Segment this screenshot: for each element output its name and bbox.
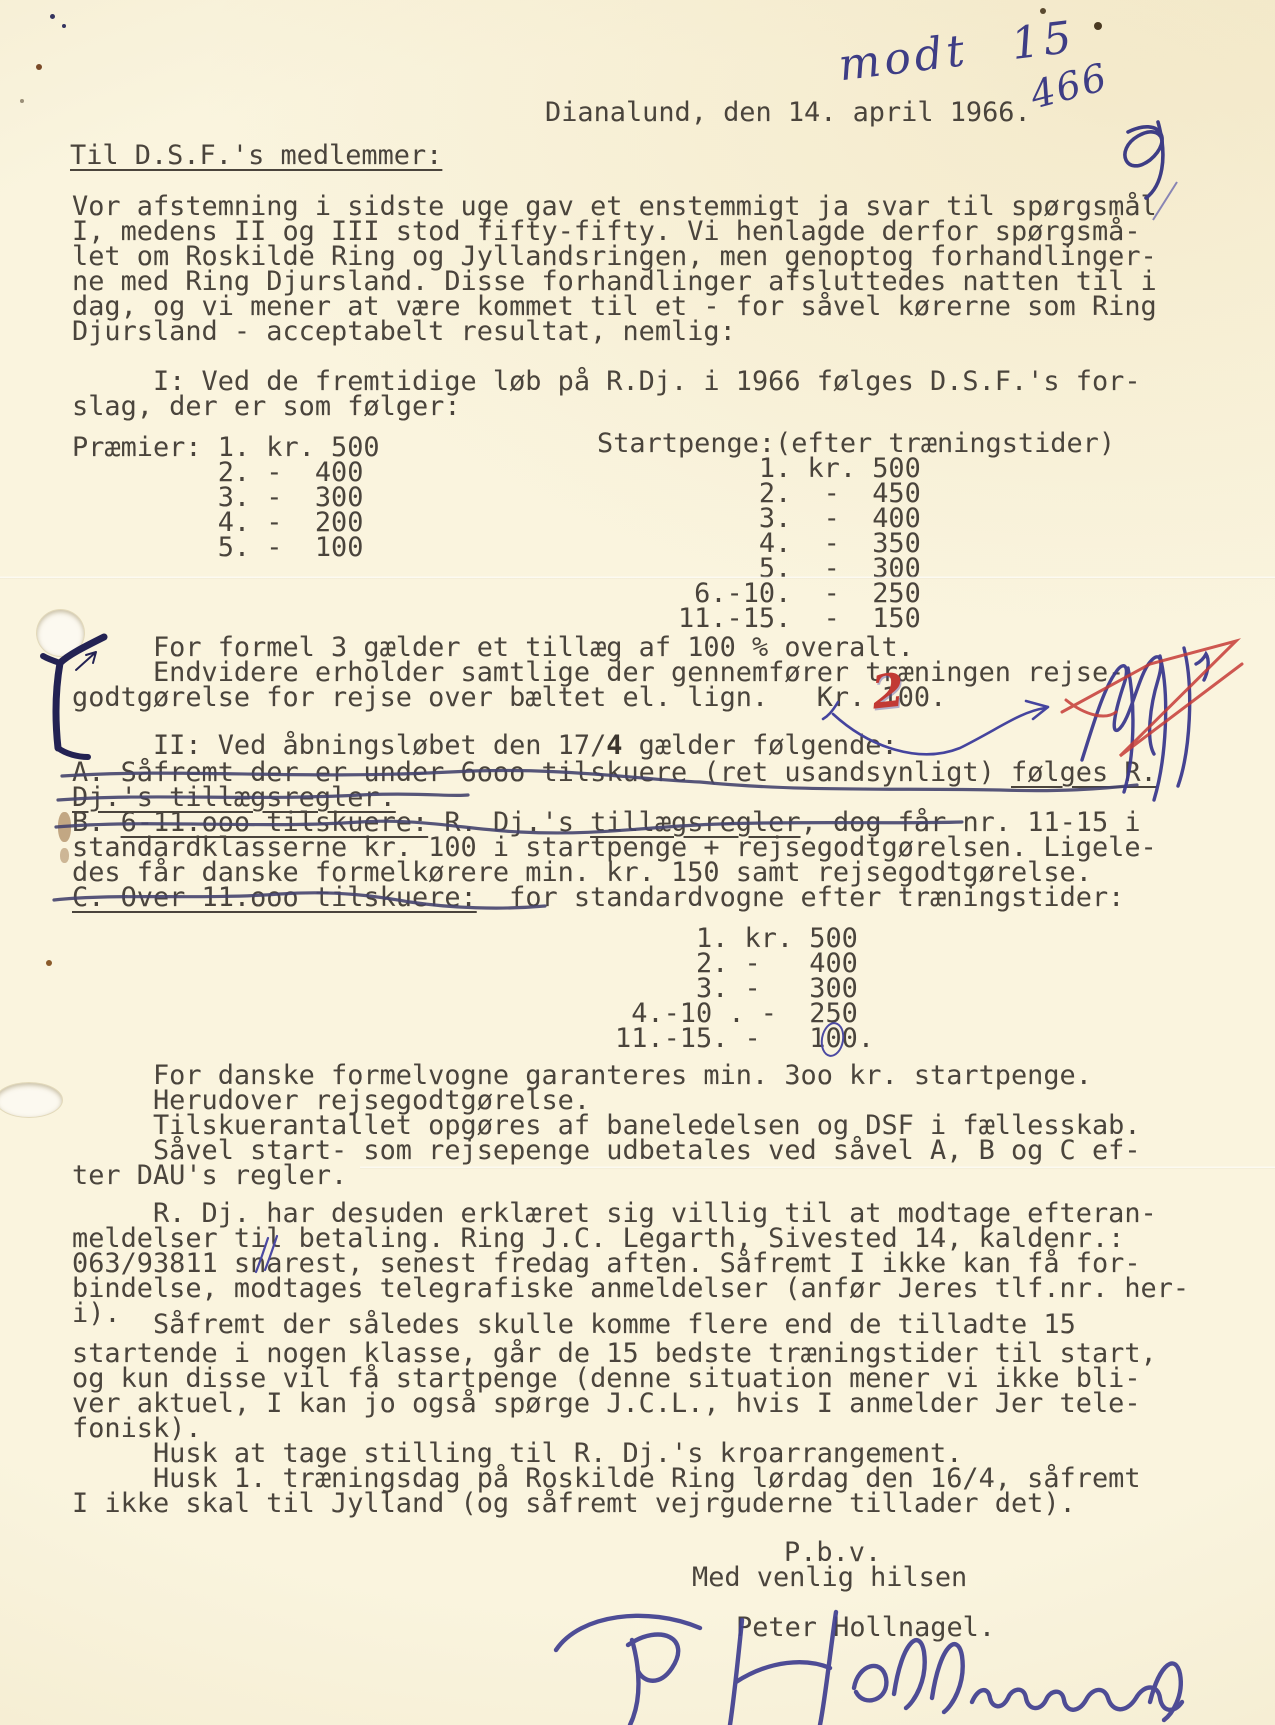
premier-row: 5. - 100 xyxy=(72,535,380,560)
pen-circled-zero: 0 xyxy=(825,1026,841,1051)
section-1-line: slag, der er som følger: xyxy=(72,394,1141,419)
stain-dot xyxy=(36,64,42,70)
intro-line: Djursland - acceptabelt resultat, nemlig… xyxy=(72,319,1157,344)
paper-crease xyxy=(0,576,1275,579)
punch-hole xyxy=(37,610,84,656)
received-initials-flourish xyxy=(1125,122,1163,198)
anmeld-paragraph-a: R. Dj. har desuden erklæret sig villig t… xyxy=(72,1201,1189,1326)
startpenge-row: 11.-15. - 150 xyxy=(597,606,1115,631)
paper-crease xyxy=(360,1166,1275,1169)
anmeld-line: ver aktuel, I kan jo også spørge J.C.L.,… xyxy=(72,1391,1157,1416)
anmeld-line: bindelse, modtages telegrafiske anmeldel… xyxy=(72,1276,1189,1301)
anmeld-paragraph-b: startende i nogen klasse, går de 15 beds… xyxy=(72,1341,1157,1516)
ink-speck xyxy=(62,24,66,28)
intro-paragraph: Vor afstemning i sidste uge gav et enste… xyxy=(72,194,1157,344)
paper-stain xyxy=(60,848,69,863)
closing-name: Peter Hollnagel. xyxy=(736,1615,995,1640)
scenario-lines: A. Såfremt der er under 6ooo tilskuere (… xyxy=(72,760,1157,910)
closing-greeting: Med venlig hilsen xyxy=(692,1565,967,1590)
salutation: Til D.S.F.'s medlemmer: xyxy=(70,140,442,171)
dateline: Dianalund, den 14. april 1966. xyxy=(545,100,1031,125)
stain-dot xyxy=(46,960,52,966)
stain-dot xyxy=(20,99,24,103)
scanned-letter-page: modt 15 466 Dianalund, den 14. april 196… xyxy=(0,0,1275,1725)
ink-speck xyxy=(50,14,55,19)
formel-paragraph: For formel 3 gælder et tillæg af 100 % o… xyxy=(72,635,1124,710)
section-2-heading: II: Ved åbningsløbet den 17/4 gælder føl… xyxy=(72,733,898,758)
punch-hole xyxy=(0,1083,62,1117)
stain-dot xyxy=(1040,8,1046,14)
startpenge-list: Startpenge:(efter træningstider) 1. kr. … xyxy=(597,431,1115,631)
garanti-paragraph: For danske formelvogne garanteres min. 3… xyxy=(72,1063,1141,1188)
paper-stain xyxy=(58,812,71,842)
salutation-block: Til D.S.F.'s medlemmer: xyxy=(70,143,442,168)
premier-list: Præmier: 1. kr. 500 2. - 400 3. - 300 4.… xyxy=(72,435,380,560)
stain-dot xyxy=(1094,22,1102,30)
anmeld-line: I ikke skal til Jylland (og såfremt vejr… xyxy=(72,1491,1157,1516)
handwritten-correction-2: 2 xyxy=(870,666,907,715)
anmeld-line-slipped: i). Såfremt der således skulle komme fle… xyxy=(72,1301,1189,1326)
startpenge2-list: 1. kr. 500 2. - 400 3. - 300 4.-10 . - 2… xyxy=(615,926,874,1051)
startpenge2-row: 11.-15. - 100. xyxy=(615,1026,874,1051)
corrected-amount: 12 xyxy=(881,685,897,710)
section-1: I: Ved de fremtidige løb på R.Dj. i 1966… xyxy=(72,369,1141,419)
formel-line: godtgørelse for rejse over bæltet el. li… xyxy=(72,685,1124,710)
dateline-block: Dianalund, den 14. april 1966. xyxy=(545,100,1031,125)
scenario-c: C. Over 11.ooo tilskuere: for standardvo… xyxy=(72,885,1157,910)
